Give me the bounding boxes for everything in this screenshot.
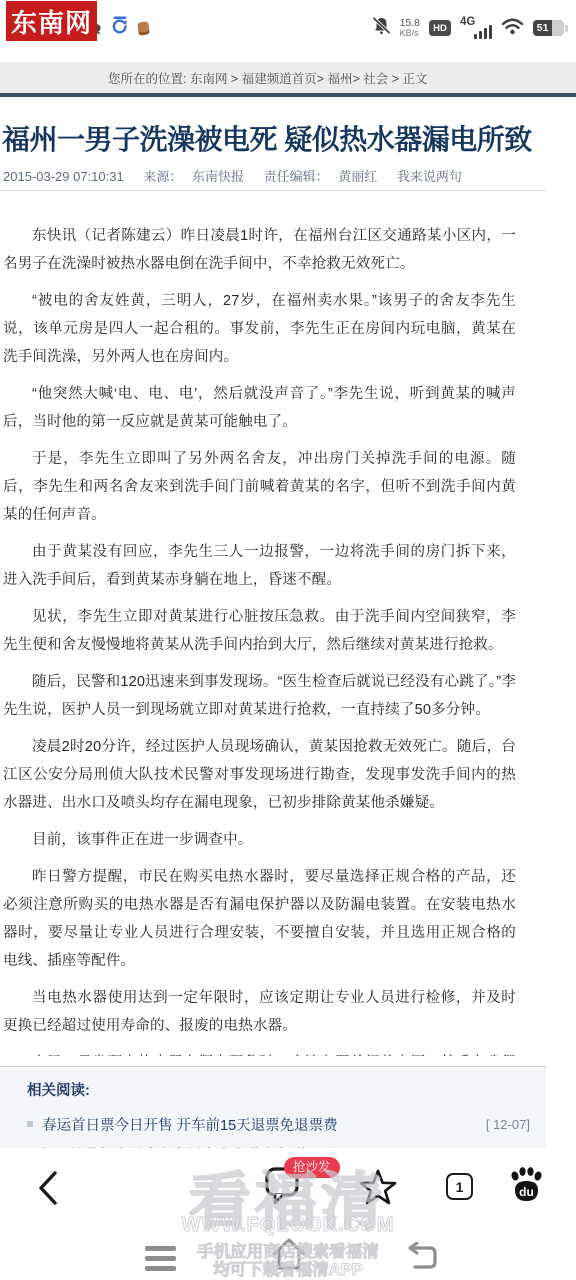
breadcrumb[interactable]: 您所在的位置: 东南网 > 福建频道首页> 福州> 社会 > 正文 xyxy=(108,62,427,97)
back-icon[interactable] xyxy=(36,1170,60,1211)
article-paragraph: “被电的舍友姓黄，三明人，27岁，在福州卖水果。”该男子的舍友李先生说，该单元房… xyxy=(3,287,516,371)
article-paragraph: 目前，该事件正在进一步调查中。 xyxy=(3,826,516,854)
article-paragraph: 于是，李先生立即叫了另外两名舍友，冲出房门关掉洗手间的电源。随后，李先生和两名舍… xyxy=(3,445,516,529)
comment-badge[interactable]: 抢沙发 xyxy=(284,1157,340,1178)
article-paragraph: 随后，民警和120迅速来到事发现场。“医生检查后就说已经没有心跳了。”李先生说，… xyxy=(3,668,516,724)
related-link-row[interactable]: 春运首日票今日开售 开车前15天退票免退票费 [ 12-07] xyxy=(27,1109,530,1139)
svg-text:du: du xyxy=(519,1185,534,1199)
article-paragraph: 由于黄某没有回应，李先生三人一边报警，一边将洗手间的房门拆下来，进入洗手间后，看… xyxy=(3,538,516,594)
page-title: 福州一男子洗澡被电死 疑似热水器漏电所致 xyxy=(2,118,574,158)
android-navbar xyxy=(0,1232,576,1280)
article-paragraph: 当电热水器使用达到一定年限时，应该定期让专业人员进行检修，并及时更换已经超过使用… xyxy=(3,984,516,1040)
nav-back-icon[interactable] xyxy=(402,1242,438,1275)
bullet-icon xyxy=(27,1121,33,1127)
menu-icon[interactable] xyxy=(145,1246,176,1271)
source-name: 东南快报 xyxy=(192,169,244,184)
related-reading: 相关阅读: 春运首日票今日开售 开车前15天退票免退票费 [ 12-07] 福州… xyxy=(0,1066,546,1157)
battery-icon: 51 xyxy=(533,20,564,36)
publish-date: 2015-03-29 07:10:31 xyxy=(3,169,124,184)
network-speed: 15.8 KB/s xyxy=(400,18,420,38)
source-label: 来源： xyxy=(143,169,182,184)
site-logo[interactable]: 东南网 xyxy=(6,1,97,41)
article-body: 东快讯（记者陈建云）昨日凌晨1时许，在福州台江区交通路某小区内，一名男子在洗澡时… xyxy=(0,211,546,1056)
article-paragraph: 东快讯（记者陈建云）昨日凌晨1时许，在福州台江区交通路某小区内，一名男子在洗澡时… xyxy=(3,222,516,278)
browser-toolbar: 抢沙发 1 du xyxy=(0,1148,576,1232)
comment-link[interactable]: 我来说两句 xyxy=(397,169,462,184)
editor-name: 黄丽红 xyxy=(338,169,377,184)
wifi-icon xyxy=(501,17,524,40)
sync-icon xyxy=(111,16,129,40)
site-header: 您所在的位置: 东南网 > 福建频道首页> 福州> 社会 > 正文 xyxy=(0,62,576,97)
related-link[interactable]: 春运首日票今日开售 开车前15天退票免退票费 xyxy=(42,1114,486,1135)
article-paragraph: 市民一旦发现电热水器有漏电现象时，应该立即关闭总电源，然后在确保安全的情况下，再… xyxy=(3,1049,516,1056)
signal-icon: 4G xyxy=(460,18,492,39)
related-title: 相关阅读: xyxy=(27,1079,530,1100)
app-notification-icon xyxy=(137,21,150,35)
article-meta: 2015-03-29 07:10:31 来源： 东南快报 责任编辑： 黄丽红 我… xyxy=(3,166,468,185)
article-paragraph: 昨日警方提醒，市民在购买电热水器时，要尽量选择正规合格的产品，还必须注意所购买的… xyxy=(3,863,516,975)
divider xyxy=(0,190,546,191)
article-paragraph: 见状，李先生立即对黄某进行心脏按压急救。由于洗手间内空间狭窄，李先生便和舍友慢慢… xyxy=(3,603,516,659)
editor-label: 责任编辑： xyxy=(264,169,329,184)
article-paragraph: 凌晨2时20分许，经过医护人员现场确认，黄某因抢救无效死亡。随后，台江区公安分局… xyxy=(3,733,516,817)
star-icon[interactable] xyxy=(358,1168,398,1211)
home-icon[interactable] xyxy=(270,1236,308,1279)
hd-icon: HD xyxy=(429,20,451,36)
tabs-icon[interactable]: 1 xyxy=(446,1173,473,1200)
related-date: [ 12-07] xyxy=(486,1117,530,1132)
baidu-icon[interactable]: du xyxy=(506,1166,546,1209)
article-paragraph: “他突然大喊‘电、电、电’，然后就没声音了。”李先生说，听到黄某的喊声后，当时他… xyxy=(3,380,516,436)
mute-icon xyxy=(372,16,391,40)
